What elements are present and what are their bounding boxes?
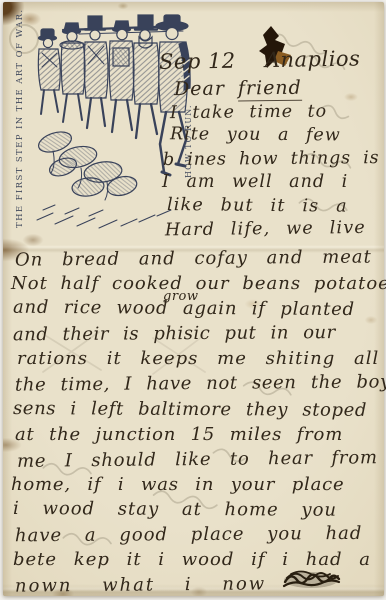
letter-body-block: On bread and cofay and meat Not half coo… [11, 246, 385, 597]
inserted-word-above-line: grow [163, 289, 199, 304]
letter-paper: THE FIRST STEP IN THE ART OF WAR. [3, 2, 384, 596]
letter-line: and their is phisic put in our [13, 320, 385, 348]
date-text: Sep 12 [159, 49, 236, 74]
letter-line: the time, I have not seen the boys [15, 370, 385, 398]
letter-line: I take time to [170, 100, 386, 126]
letter-line: and rice wood again if planted [13, 295, 385, 323]
letter-line: like but it is a [167, 194, 386, 219]
letter-line: Rite you a few [170, 124, 386, 149]
salutation-word: Dear [174, 78, 225, 101]
letter-line: I am well and i [162, 171, 386, 194]
salutation-word-underlined: friend [238, 77, 302, 102]
scribbled-out-word [281, 566, 343, 594]
dateline: Sep 12 Anaplios [153, 46, 386, 74]
letter-line: Hard life, we live [165, 217, 386, 243]
letter-line: On bread and cofay and meat [15, 244, 385, 272]
letter-line: b ines how things is [163, 147, 386, 172]
letter-line: at the junction 15 miles from [15, 422, 385, 447]
letter-line: sens i left baltimore they stoped [13, 396, 385, 423]
scanned-letter-page: THE FIRST STEP IN THE ART OF WAR. [0, 0, 386, 600]
letter-line: i wood stay at home you [13, 496, 385, 523]
salutation: Dear friend [174, 76, 386, 100]
place-text: Anaplios [265, 46, 361, 72]
letterhead-left-caption: THE FIRST STEP IN THE ART OF WAR. [15, 24, 25, 228]
letter-opening-block: Sep 12 Anaplios Dear friend I take time … [153, 48, 386, 241]
letter-line: home, if i was in your place [11, 472, 385, 497]
letter-line: me I should like to hear from [17, 445, 385, 474]
letter-line: rations it keeps me shiting all [17, 346, 385, 371]
letter-line: have a good place you had [15, 521, 385, 549]
